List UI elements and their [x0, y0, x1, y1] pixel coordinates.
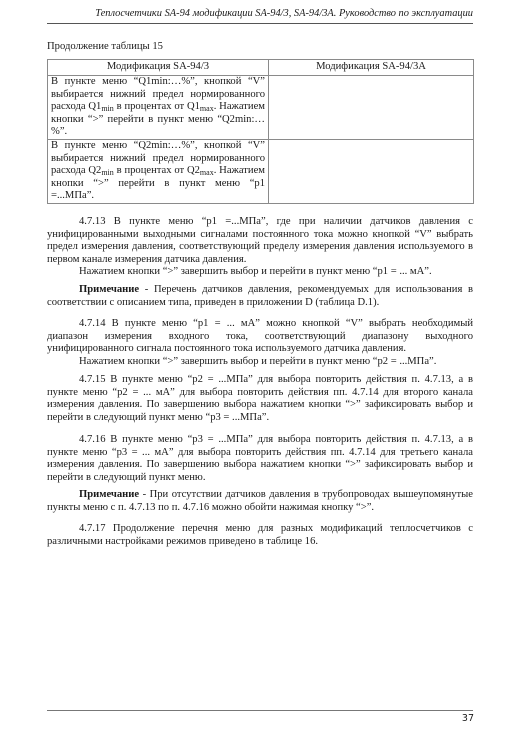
- paragraph: Нажатием кнопки “>” завершить выбор и пе…: [47, 356, 473, 369]
- section-4-7-14: 4.7.14 В пункте меню “p1 = ... мА” можно…: [47, 318, 473, 368]
- subscript: min: [101, 168, 113, 177]
- paragraph: 4.7.14 В пункте меню “p1 = ... мА” можно…: [47, 318, 473, 356]
- table-cell-q2min: В пункте меню “Q2min:…%”, кнопкой “V” вы…: [48, 139, 269, 203]
- paragraph: 4.7.16 В пункте меню “p3 = ...МПа” для в…: [47, 434, 473, 484]
- paragraph: 4.7.17 Продолжение перечня меню для разн…: [47, 523, 473, 548]
- section-4-7-17: 4.7.17 Продолжение перечня меню для разн…: [47, 523, 473, 548]
- table-row: В пункте меню “Q1min:…%”, кнопкой “V” вы…: [48, 76, 474, 140]
- note-label: Примечание: [79, 489, 139, 500]
- cell-text: в процентах от Q1: [114, 101, 200, 112]
- table-cell-empty: [269, 139, 474, 203]
- table-caption: Продолжение таблицы 15: [47, 40, 163, 53]
- paragraph: 4.7.15 В пункте меню “p2 = ...МПа” для в…: [47, 374, 473, 424]
- note-skip-menu: Примечание - При отсутствии датчиков дав…: [47, 489, 473, 514]
- page-number: 37: [460, 713, 474, 724]
- cell-text: в процентах от Q2: [114, 165, 200, 176]
- subscript: min: [101, 104, 113, 113]
- paragraph: Примечание - При отсутствии датчиков дав…: [47, 489, 473, 514]
- section-4-7-16: 4.7.16 В пункте меню “p3 = ...МПа” для в…: [47, 434, 473, 484]
- table-header-row: Модификация SA-94/3 Модификация SA-94/3A: [48, 60, 474, 76]
- note-label: Примечание: [79, 284, 139, 295]
- paragraph: Примечание - Перечень датчиков давления,…: [47, 284, 473, 309]
- subscript: max: [200, 104, 214, 113]
- running-header: Теплосчетчики SA-94 модификации SA-94/3,…: [47, 7, 473, 24]
- paragraph: Нажатием кнопки “>” завершить выбор и пе…: [47, 266, 473, 279]
- section-4-7-15: 4.7.15 В пункте меню “p2 = ...МПа” для в…: [47, 374, 473, 424]
- section-4-7-13: 4.7.13 В пункте меню “p1 =...МПа”, где п…: [47, 216, 473, 279]
- table-cell-q1min: В пункте меню “Q1min:…%”, кнопкой “V” вы…: [48, 76, 269, 140]
- footer-divider: [47, 710, 473, 711]
- column-header-sa94-3a: Модификация SA-94/3A: [269, 60, 474, 76]
- table-15-continuation: Модификация SA-94/3 Модификация SA-94/3A…: [47, 59, 474, 204]
- table-cell-empty: [269, 76, 474, 140]
- table-row: В пункте меню “Q2min:…%”, кнопкой “V” вы…: [48, 139, 474, 203]
- subscript: max: [200, 168, 214, 177]
- paragraph: 4.7.13 В пункте меню “p1 =...МПа”, где п…: [47, 216, 473, 266]
- column-header-sa94-3: Модификация SA-94/3: [48, 60, 269, 76]
- note-pressure-sensors: Примечание - Перечень датчиков давления,…: [47, 284, 473, 309]
